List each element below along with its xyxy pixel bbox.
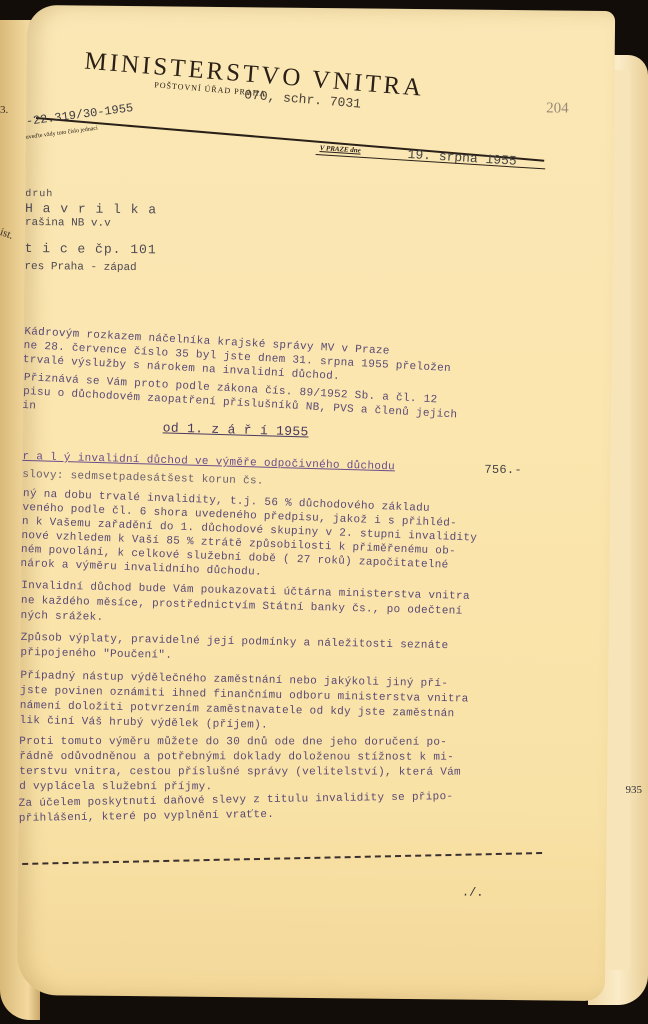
recipient-name: H a v r i l k a: [25, 201, 157, 217]
text-line: Proti tomuto výměru můžete do 30 dnů ode…: [19, 735, 461, 751]
paragraph-payment: Invalidní důchod bude Vám poukazovati úč…: [20, 579, 470, 635]
recipient-street: t i c e čp. 101: [25, 241, 157, 257]
page-number: 204: [546, 100, 569, 117]
paragraph-appeal: Proti tomuto výměru můžete do 30 dnů ode…: [19, 735, 461, 796]
pension-amount: 756.-: [484, 463, 522, 477]
effective-date: od 1. z á ř í 1955: [163, 420, 309, 439]
place-label: V PRAZE dne: [319, 144, 361, 155]
dashed-separator: [22, 852, 542, 865]
recipient-rank: rašina NB v.v: [25, 217, 111, 230]
text-line: terstvu vnitra, cestou příslušné správy …: [19, 765, 461, 781]
paragraph-tax: Za účelem poskytnutí daňové slevy z titu…: [19, 790, 454, 827]
continuation-mark: ./.: [462, 886, 484, 900]
left-margin-text-top: 3.: [0, 104, 8, 116]
recipient-district: res Praha - západ: [24, 261, 136, 274]
recipient-salutation: druh: [25, 189, 53, 200]
text-line: řádně odůvodněnou a potřebnými doklady d…: [19, 750, 461, 766]
right-margin-number: 935: [626, 784, 643, 796]
reference-note: uveďte vždy toto číslo jednací: [25, 126, 98, 141]
document-page: MINISTERSTVO VNITRA POŠTOVNÍ ÚŘAD PRAHA …: [17, 5, 615, 1001]
paragraph-method: Způsob výplaty, pravidelné její podmínky…: [20, 631, 448, 669]
paragraph-details: ný na dobu trvalé invalidity, t.j. 56 % …: [20, 487, 478, 588]
paragraph-employment: Případný nástup výdělečného zaměstnání n…: [19, 669, 469, 738]
pension-in-words: slovy: sedmsetpadesátšest korun čs.: [22, 469, 264, 488]
